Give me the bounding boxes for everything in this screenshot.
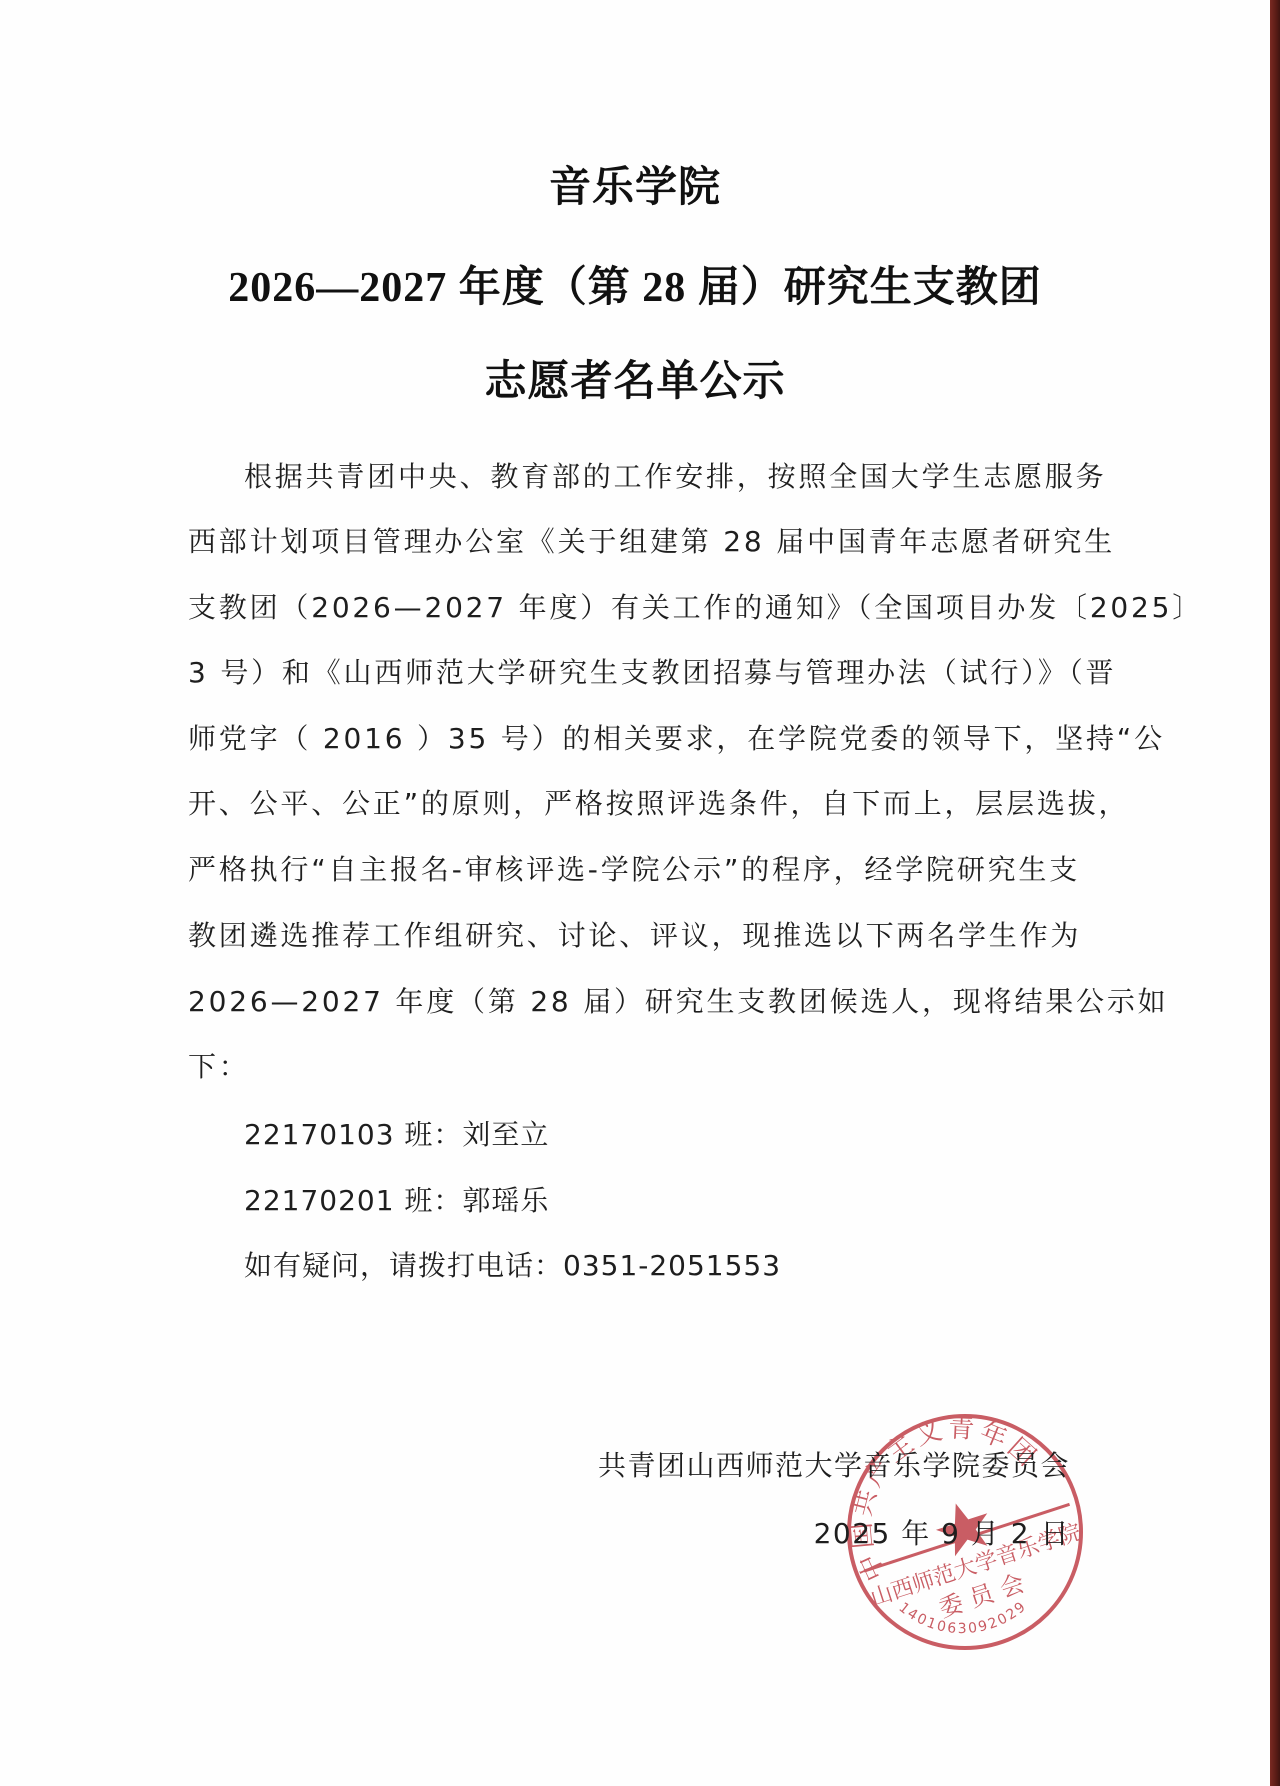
contact-line: 如有疑问，请拨打电话：0351-2051553 [244, 1248, 1078, 1284]
body-paragraph-line: 2026—2027 年度（第 28 届）研究生支教团候选人，现将结果公示如 [188, 984, 1078, 1020]
candidate-entry-2: 22170201 班：郭瑶乐 [244, 1183, 1078, 1219]
body-paragraph-line: 西部计划项目管理办公室《关于组建第 28 届中国青年志愿者研究生 [188, 524, 1078, 560]
candidate-class: 22170103 班： [244, 1118, 462, 1151]
document-title-line-3: 志愿者名单公示 [0, 357, 1270, 407]
body-paragraph-line: 严格执行“自主报名-审核评选-学院公示”的程序，经学院研究生支 [188, 852, 1078, 888]
page-edge-strip [1270, 0, 1280, 1786]
document-page: 音乐学院 2026—2027 年度（第 28 届）研究生支教团 志愿者名单公示 … [0, 0, 1270, 1786]
candidate-name: 刘至立 [462, 1118, 549, 1151]
signature-organization: 共青团山西师范大学音乐学院委员会 [598, 1448, 1070, 1484]
document-title-line-1: 音乐学院 [0, 163, 1270, 213]
body-paragraph-line: 根据共青团中央、教育部的工作安排，按照全国大学生志愿服务 [244, 459, 1078, 495]
signature-date: 2025 年 9 月 2 日 [814, 1516, 1070, 1552]
body-paragraph-line: 师党字（ 2016 ）35 号）的相关要求，在学院党委的领导下，坚持“公 [188, 721, 1078, 757]
body-paragraph-line: 开、公平、公正”的原则，严格按照评选条件，自下而上，层层选拔， [188, 786, 1078, 822]
candidate-name: 郭瑶乐 [462, 1184, 549, 1217]
body-paragraph-line: 教团遴选推荐工作组研究、讨论、评议，现推选以下两名学生作为 [188, 918, 1078, 954]
body-paragraph-line: 3 号）和《山西师范大学研究生支教团招募与管理办法（试行）》（晋 [188, 655, 1078, 691]
body-paragraph-line: 支教团（2026—2027 年度）有关工作的通知》（全国项目办发〔2025〕 [188, 590, 1078, 626]
document-title-line-2: 2026—2027 年度（第 28 届）研究生支教团 [0, 263, 1270, 313]
candidate-entry-1: 22170103 班：刘至立 [244, 1117, 1078, 1153]
candidate-class: 22170201 班： [244, 1184, 462, 1217]
body-paragraph-line: 下： [188, 1049, 1078, 1085]
